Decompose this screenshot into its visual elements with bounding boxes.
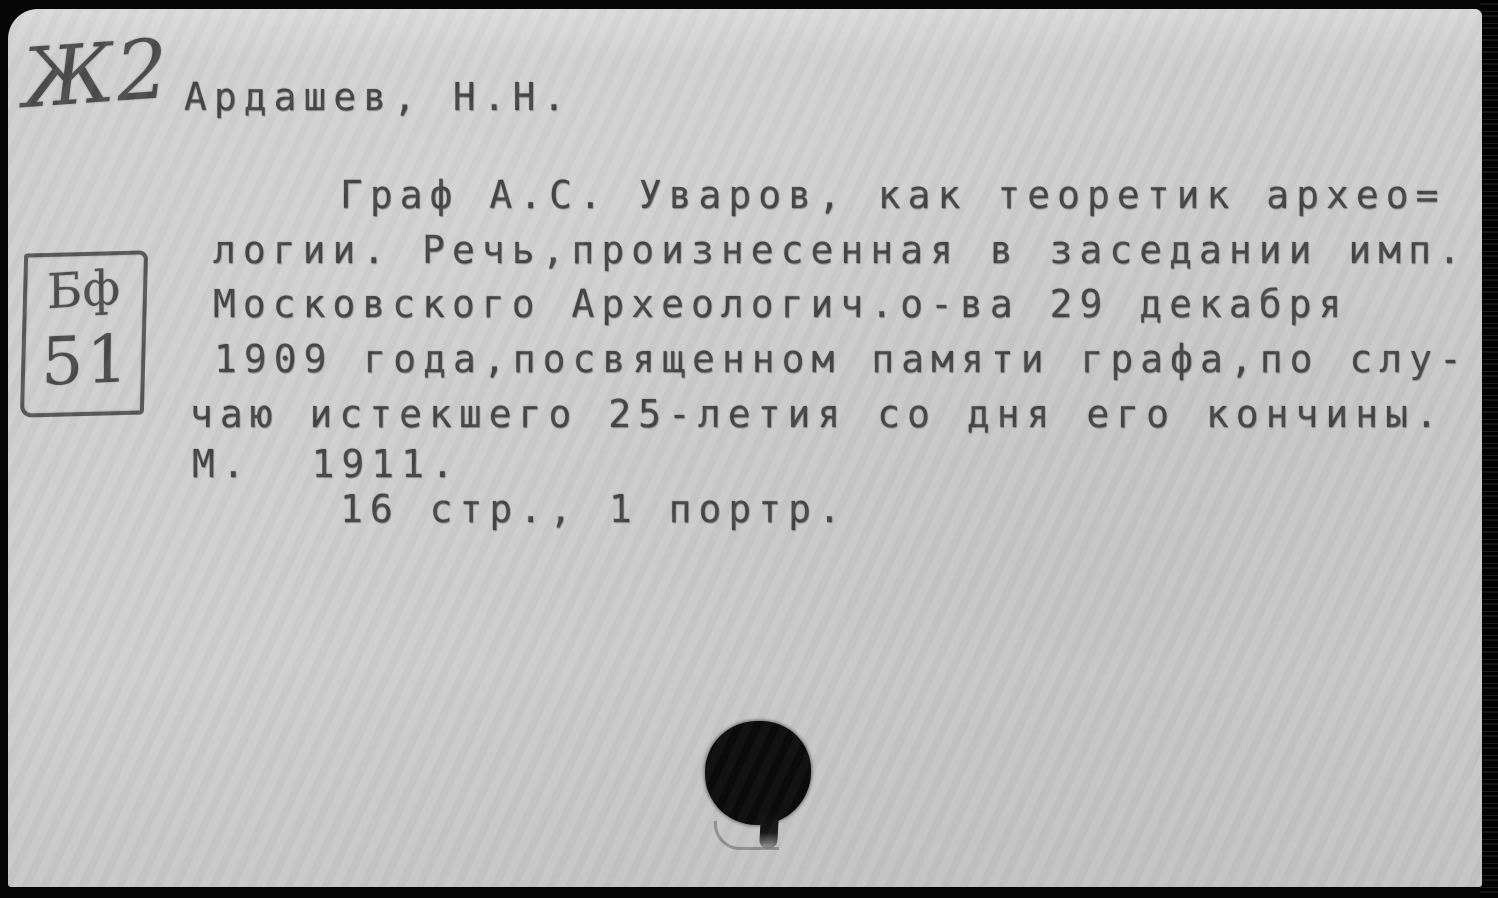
scan-film-edge (1480, 0, 1498, 898)
handwritten-shelf-mark: Ж2 (19, 22, 174, 127)
scan-scratch-right (1469, 711, 1482, 779)
body-line-1: Граф А.С. Уваров, как теоретик архео= (340, 173, 1445, 217)
call-number-top: Бф (47, 260, 120, 320)
body-line-2: логии. Речь,произнесенная в заседании им… (213, 228, 1468, 272)
body-line-3: Московского Археологич.о-ва 29 декабря (213, 282, 1348, 326)
author-heading: Ардашев, Н.Н. (184, 75, 572, 119)
body-line-5: чаю истекшего 25-летия со дня его кончин… (190, 392, 1445, 436)
catalog-card: Ж2 Ардашев, Н.Н. Бф 51 Граф А.С. Уваров,… (8, 9, 1482, 887)
imprint-line: М. 1911. (192, 442, 461, 486)
scanned-catalog-card-image: Ж2 Ардашев, Н.Н. Бф 51 Граф А.С. Уваров,… (0, 0, 1498, 898)
punch-hole-stray-mark (714, 821, 779, 850)
collation-line: 16 стр., 1 портр. (340, 487, 848, 531)
call-number-box: Бф 51 (20, 250, 148, 417)
call-number-bottom: 51 (41, 320, 132, 401)
punch-hole (705, 721, 811, 825)
body-line-4: 1909 года,посвященном памяти графа,по сл… (214, 337, 1469, 381)
